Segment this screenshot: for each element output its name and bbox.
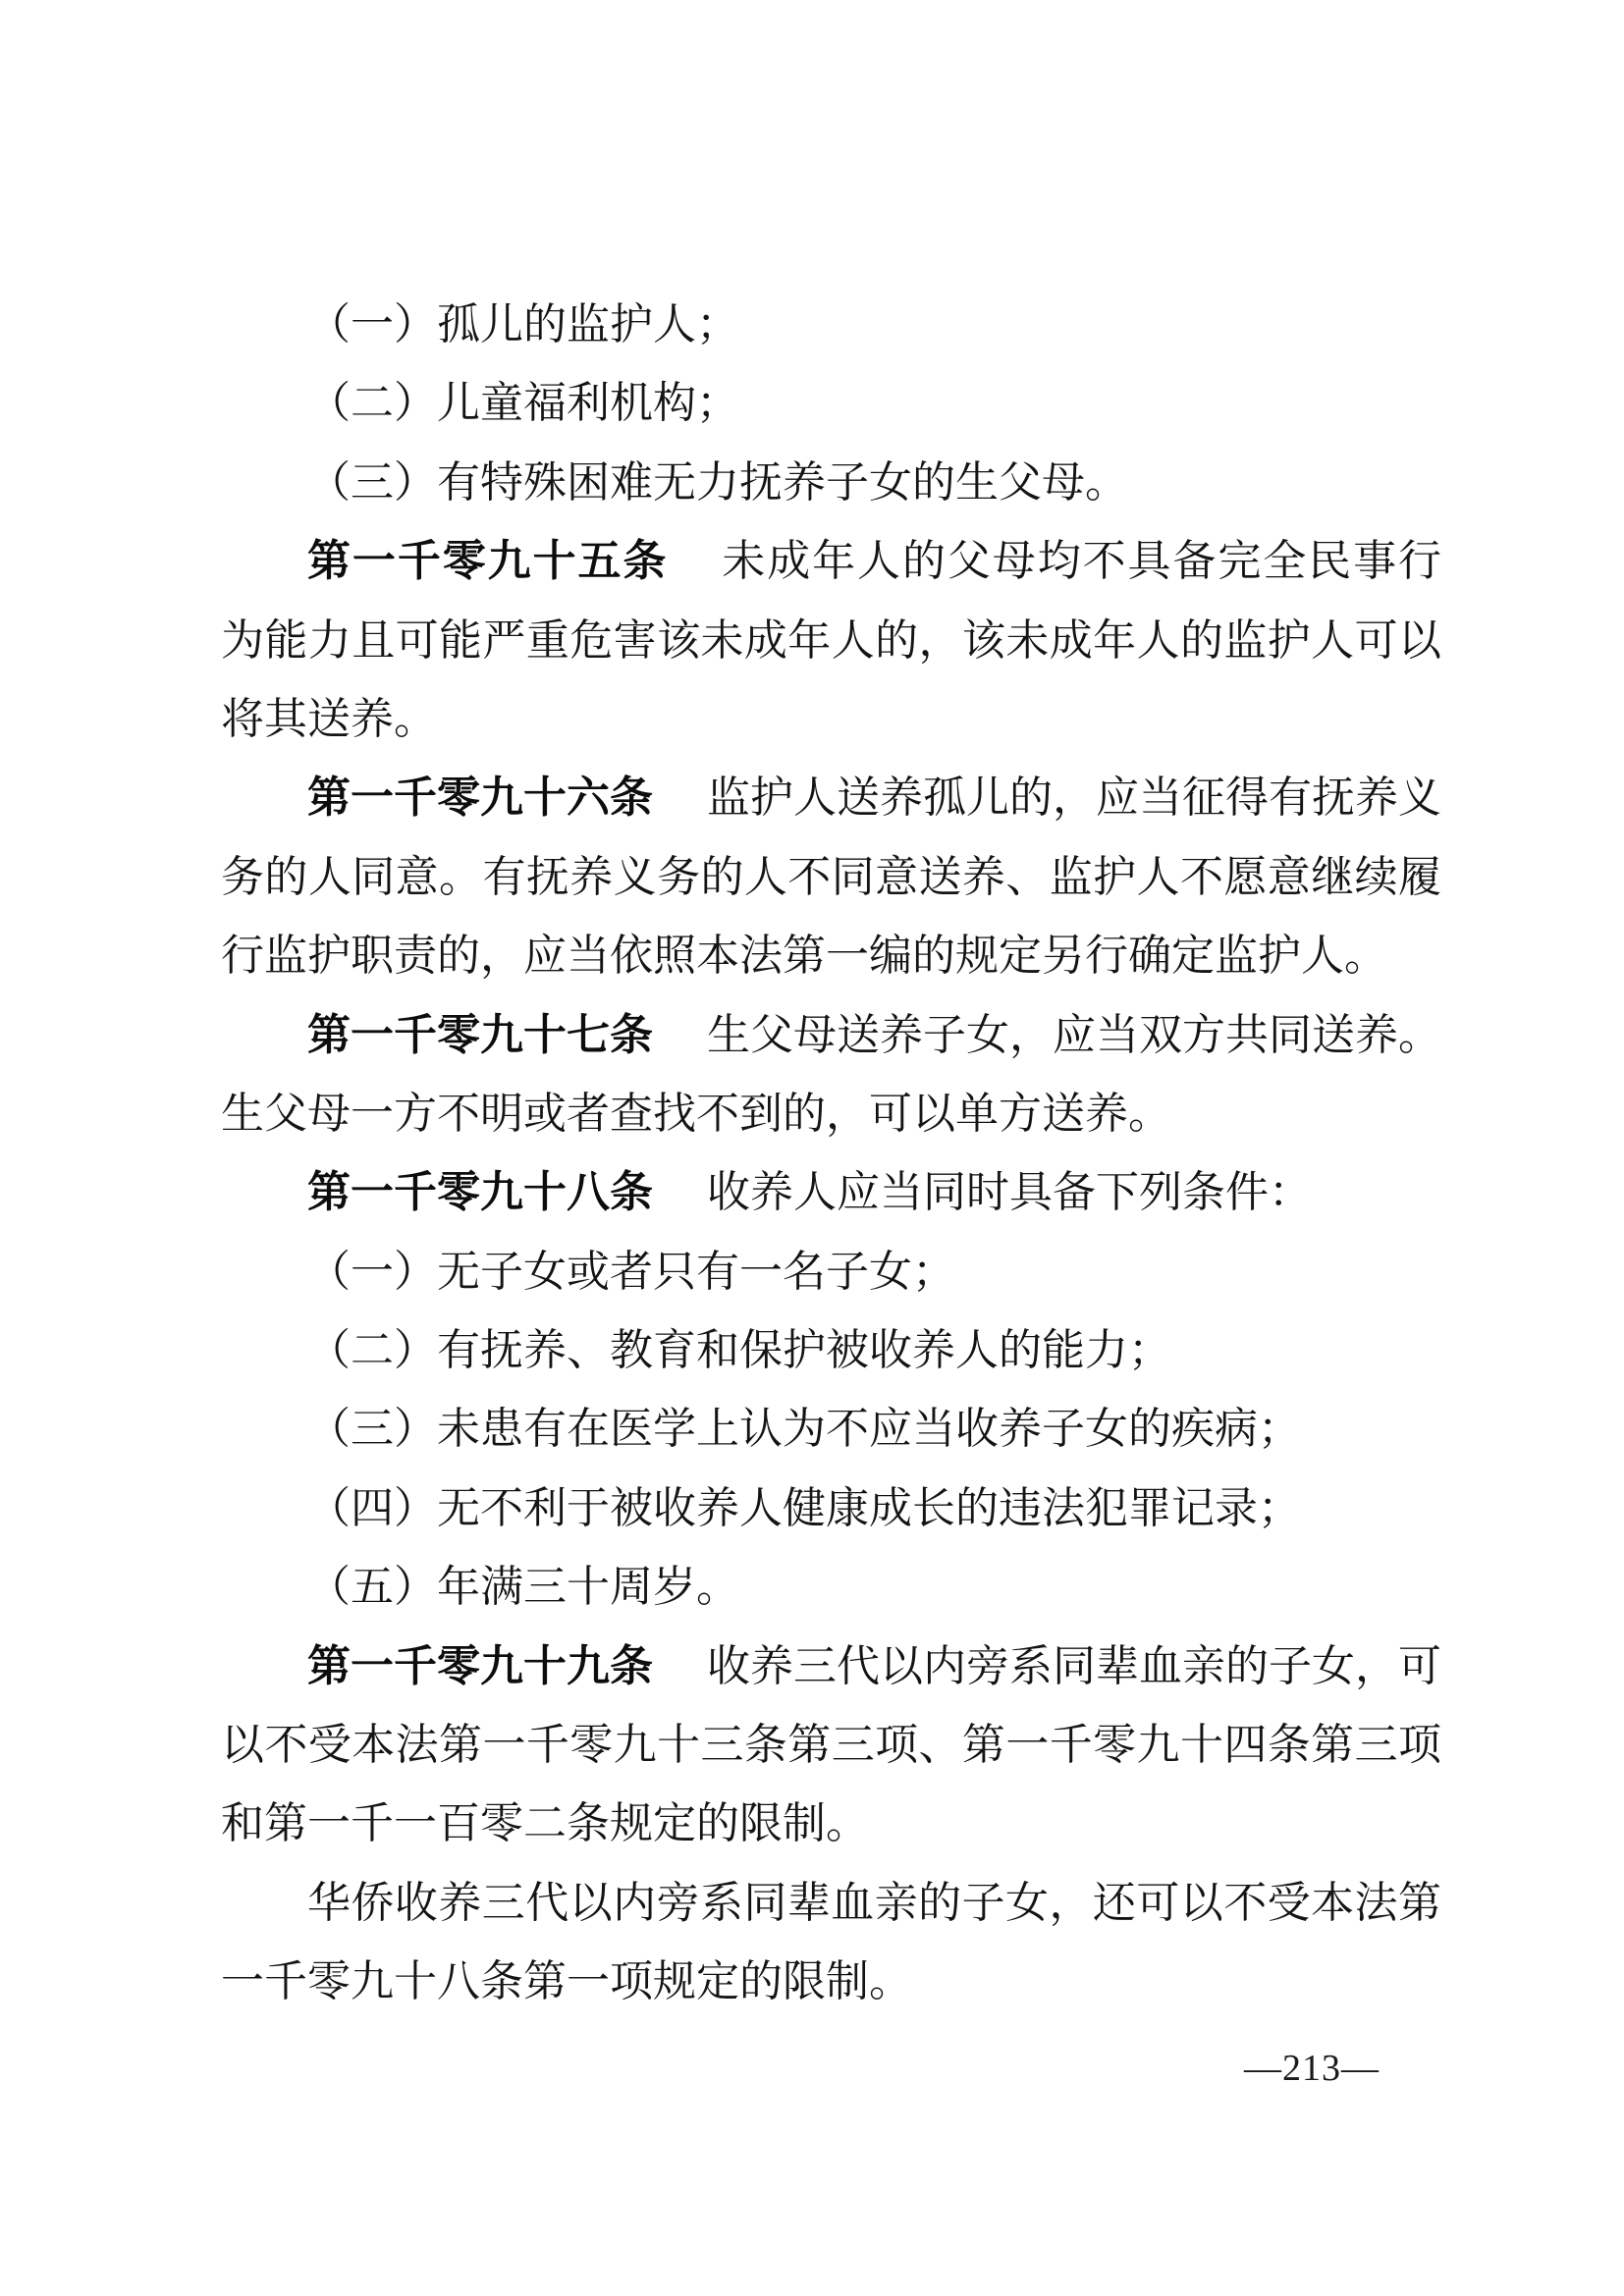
- article-number: 第一千零九十七条: [307, 1010, 653, 1060]
- text-line: 第一千零九十六条监护人送养孤儿的，应当征得有抚养义: [221, 759, 1441, 837]
- text-line: 华侨收养三代以内旁系同辈血亲的子女，还可以不受本法第: [221, 1864, 1441, 1943]
- text-line: 和第一千一百零二条规定的限制。: [221, 1785, 1441, 1863]
- text-segment: 一千零九十八条第一项规定的限制。: [221, 1957, 912, 2005]
- text-line: （一）无子女或者只有一名子女；: [221, 1233, 1441, 1311]
- text-segment: 收养三代以内旁系同辈血亲的子女，可: [707, 1642, 1441, 1690]
- text-line: 第一千零九十五条未成年人的父母均不具备完全民事行: [221, 522, 1441, 601]
- text-segment: （五）年满三十周岁。: [307, 1563, 739, 1611]
- text-line: （二）儿童福利机构；: [221, 364, 1441, 443]
- article-number: 第一千零九十六条: [307, 773, 653, 823]
- text-line: 务的人同意。有抚养义务的人不同意送养、监护人不愿意继续履: [221, 838, 1441, 917]
- text-segment: （二）有抚养、教育和保护被收养人的能力；: [307, 1326, 1171, 1374]
- text-block: （一）孤儿的监护人；（二）儿童福利机构；（三）有特殊困难无力抚养子女的生父母。第…: [221, 286, 1441, 2022]
- text-segment: 未成年人的父母均不具备完全民事行: [722, 537, 1441, 585]
- text-segment: 收养人应当同时具备下列条件：: [707, 1168, 1312, 1216]
- text-segment: （三）未患有在医学上认为不应当收养子女的疾病；: [307, 1405, 1301, 1453]
- article-number: 第一千零九十九条: [307, 1641, 653, 1691]
- text-segment: （二）儿童福利机构；: [307, 379, 739, 427]
- text-line: 为能力且可能严重危害该未成年人的，该未成年人的监护人可以: [221, 602, 1441, 680]
- text-line: 第一千零九十九条收养三代以内旁系同辈血亲的子女，可: [221, 1628, 1441, 1706]
- text-line: 一千零九十八条第一项规定的限制。: [221, 1943, 1441, 2021]
- text-line: （五）年满三十周岁。: [221, 1548, 1441, 1627]
- text-line: 行监护职责的，应当依照本法第一编的规定另行确定监护人。: [221, 917, 1441, 995]
- text-segment: 将其送养。: [221, 695, 437, 743]
- text-line: （三）有特殊困难无力抚养子女的生父母。: [221, 444, 1441, 522]
- text-line: 以不受本法第一千零九十三条第三项、第一千零九十四条第三项: [221, 1706, 1441, 1785]
- text-segment: 为能力且可能严重危害该未成年人的，该未成年人的监护人可以: [221, 616, 1441, 665]
- text-line: 第一千零九十七条生父母送养子女，应当双方共同送养。: [221, 996, 1441, 1075]
- text-segment: （一）无子女或者只有一名子女；: [307, 1248, 955, 1296]
- article-number: 第一千零九十八条: [307, 1167, 653, 1217]
- page-number: —213—: [1244, 2045, 1380, 2092]
- article-number: 第一千零九十五条: [307, 536, 668, 586]
- text-line: （一）孤儿的监护人；: [221, 286, 1441, 364]
- text-segment: （四）无不利于被收养人健康成长的违法犯罪记录；: [307, 1484, 1301, 1532]
- text-segment: 生父母一方不明或者查找不到的，可以单方送养。: [221, 1090, 1171, 1138]
- text-line: （三）未患有在医学上认为不应当收养子女的疾病；: [221, 1390, 1441, 1468]
- text-line: （四）无不利于被收养人健康成长的违法犯罪记录；: [221, 1469, 1441, 1548]
- text-segment: （三）有特殊困难无力抚养子女的生父母。: [307, 458, 1128, 507]
- text-segment: 以不受本法第一千零九十三条第三项、第一千零九十四条第三项: [221, 1721, 1441, 1769]
- text-line: （二）有抚养、教育和保护被收养人的能力；: [221, 1311, 1441, 1390]
- text-line: 第一千零九十八条收养人应当同时具备下列条件：: [221, 1153, 1441, 1232]
- text-line: 生父母一方不明或者查找不到的，可以单方送养。: [221, 1075, 1441, 1153]
- document-page: （一）孤儿的监护人；（二）儿童福利机构；（三）有特殊困难无力抚养子女的生父母。第…: [0, 0, 1624, 2296]
- text-segment: （一）孤儿的监护人；: [307, 300, 739, 348]
- text-segment: 和第一千一百零二条规定的限制。: [221, 1799, 869, 1847]
- text-segment: 务的人同意。有抚养义务的人不同意送养、监护人不愿意继续履: [221, 853, 1441, 901]
- text-segment: 华侨收养三代以内旁系同辈血亲的子女，还可以不受本法第: [307, 1879, 1441, 1927]
- text-segment: 行监护职责的，应当依照本法第一编的规定另行确定监护人。: [221, 932, 1387, 980]
- text-line: 将其送养。: [221, 680, 1441, 759]
- text-segment: 监护人送养孤儿的，应当征得有抚养义: [707, 774, 1441, 822]
- text-segment: 生父母送养子女，应当双方共同送养。: [707, 1011, 1441, 1059]
